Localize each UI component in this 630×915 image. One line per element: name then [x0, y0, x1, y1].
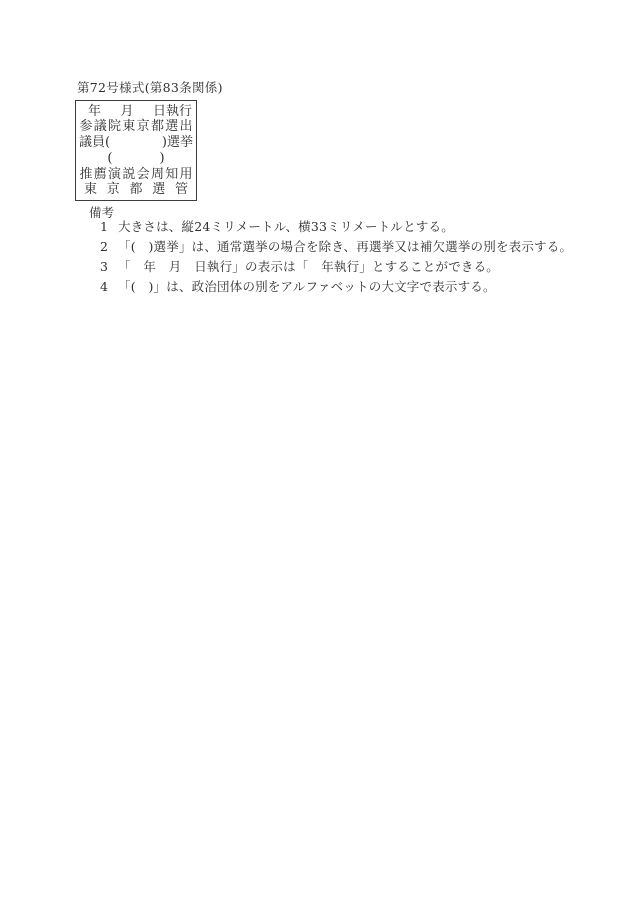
form-title: 第72号様式(第83条関係)	[77, 78, 223, 96]
open-paren: (	[107, 151, 112, 166]
remark-number: 3	[100, 259, 118, 274]
stamp-specimen-box: 年 月 日執行 参議院東京都選出 議員( )選挙 ( ) 推薦演説会周知用 東 …	[75, 100, 197, 201]
remark-text: 「( )選挙」は、通常選挙の場合を除き、再選挙又は補欠選挙の別を表示する。	[118, 237, 572, 255]
day-execution-label: 日執行	[153, 104, 192, 119]
remark-text: 大きさは、縦24ミリメートル、横33ミリメートルとする。	[118, 217, 454, 235]
remark-number: 4	[100, 279, 118, 294]
stamp-line-issuer: 東 京 都 選 管	[79, 182, 193, 197]
stamp-line-purpose: 推薦演説会周知用	[79, 167, 194, 182]
year-label: 年	[88, 104, 101, 119]
member-open-paren-label: 議員(	[79, 135, 110, 150]
stamp-line-party-parens: ( )	[79, 151, 193, 166]
issuer-char: 都	[129, 182, 142, 197]
document-page: 第72号様式(第83条関係) 年 月 日執行 参議院東京都選出 議員( )選挙 …	[0, 0, 630, 915]
issuer-char: 東	[84, 182, 97, 197]
month-label: 月	[120, 104, 133, 119]
issuer-char: 京	[107, 182, 120, 197]
remark-number: 1	[100, 219, 118, 234]
remark-item: 2 「( )選挙」は、通常選挙の場合を除き、再選挙又は補欠選挙の別を表示する。	[100, 236, 572, 256]
stamp-line-execution-date: 年 月 日執行	[79, 104, 193, 119]
stamp-line-house-constituency: 参議院東京都選出	[79, 119, 194, 134]
issuer-char: 選	[152, 182, 165, 197]
issuer-char: 管	[175, 182, 188, 197]
close-paren: )	[160, 151, 165, 166]
remarks-list: 1 大きさは、縦24ミリメートル、横33ミリメートルとする。 2 「( )選挙」…	[100, 216, 572, 296]
stamp-line-member-election: 議員( )選挙	[79, 135, 193, 150]
remark-text: 「 年 月 日執行」の表示は「 年執行」とすることができる。	[118, 257, 499, 275]
remark-item: 4 「( )」は、政治団体の別をアルファベットの大文字で表示する。	[100, 276, 572, 296]
remark-item: 1 大きさは、縦24ミリメートル、横33ミリメートルとする。	[100, 216, 572, 236]
remark-item: 3 「 年 月 日執行」の表示は「 年執行」とすることができる。	[100, 256, 572, 276]
remark-text: 「( )」は、政治団体の別をアルファベットの大文字で表示する。	[118, 277, 496, 295]
close-paren-election-label: )選挙	[162, 135, 193, 150]
remark-number: 2	[100, 239, 118, 254]
